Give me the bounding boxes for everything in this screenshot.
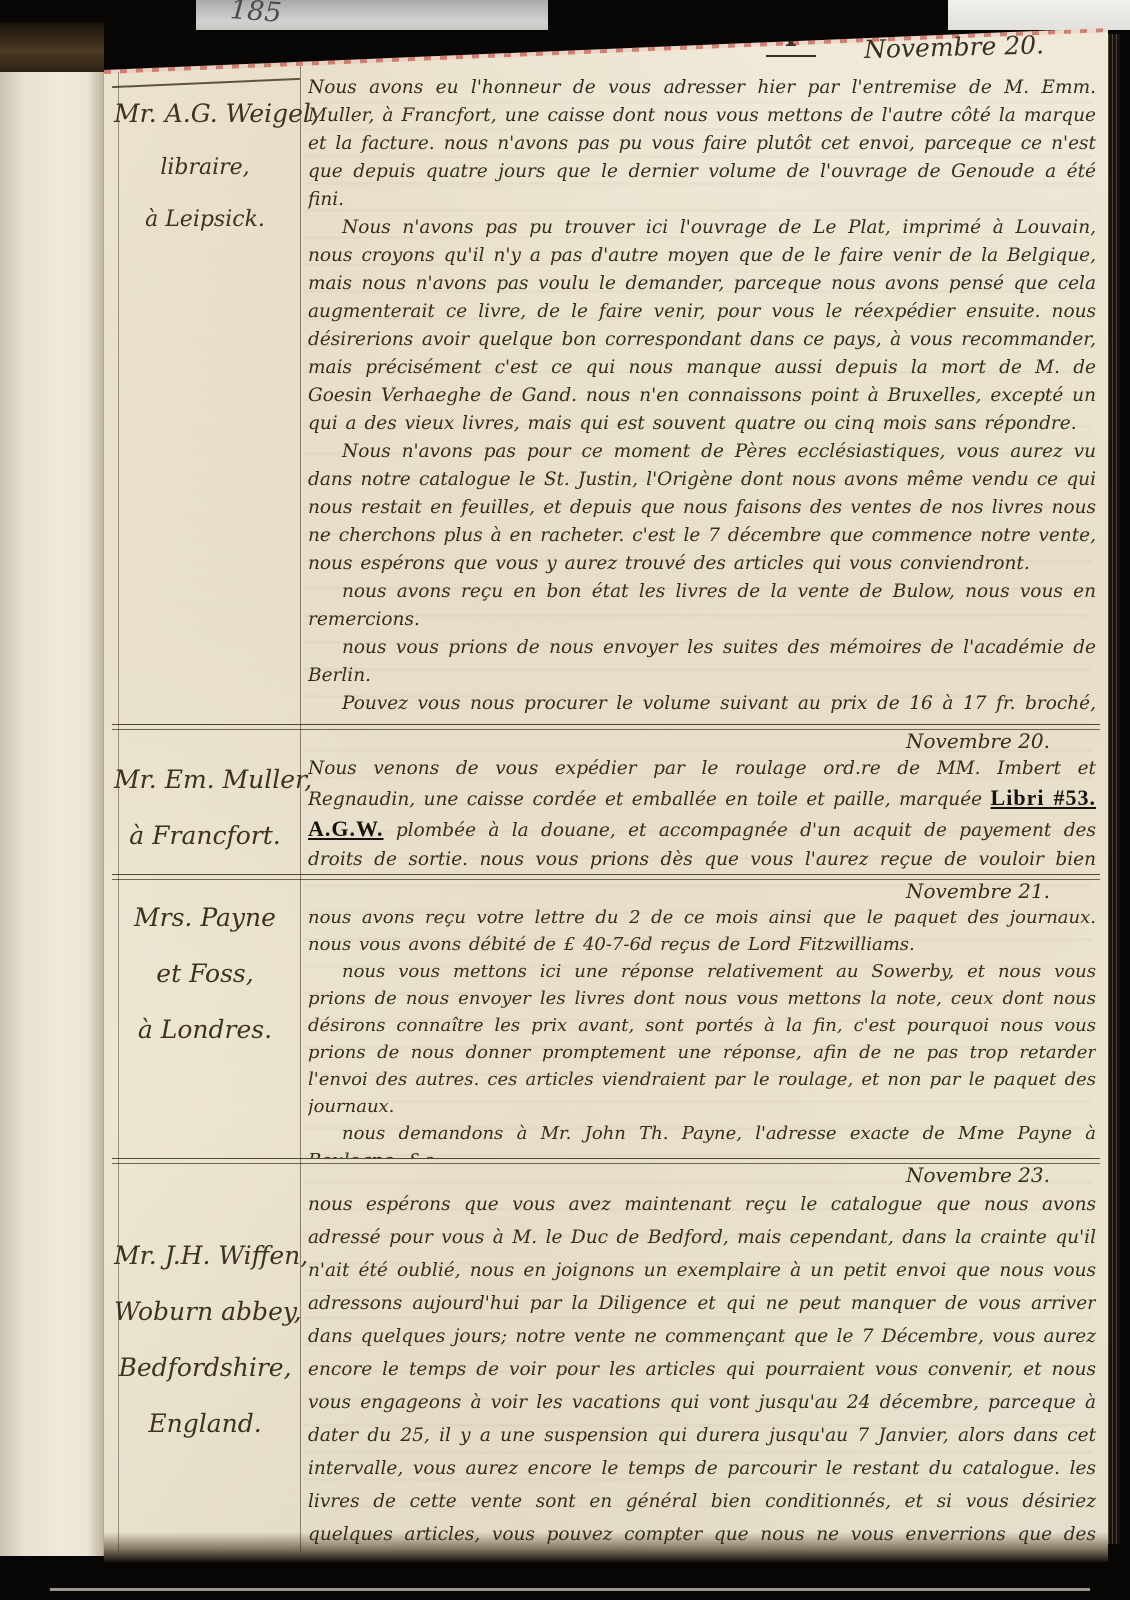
entry-date: Novembre 20. — [308, 728, 1096, 754]
page-block-edges — [1108, 34, 1120, 1544]
entry-date: Novembre 23. — [308, 1162, 1096, 1188]
letter-paragraph: Pouvez vous nous procurer le volume suiv… — [308, 690, 1096, 722]
page-number: I — [766, 22, 816, 57]
correspondent-name: Mr. Em. Muller, à Francfort. — [114, 752, 296, 864]
folio-number: 185 — [229, 0, 283, 29]
page-bottom-shadow — [104, 1532, 1108, 1562]
letter-paragraph: nous demandons à Mr. John Th. Payne, l'a… — [308, 1120, 1096, 1158]
letter-paragraph: Nous n'avons pas pu trouver ici l'ouvrag… — [308, 214, 1096, 438]
letter-body: Novembre 21. nous avons reçu votre lettr… — [308, 878, 1096, 1158]
letter-paragraph: Nous n'avons pas pour ce moment de Pères… — [308, 438, 1096, 578]
letter-paragraph: nous avons reçu en bon état les livres d… — [308, 578, 1096, 634]
book-bottom-edge — [50, 1588, 1090, 1591]
correspondent-name: Mrs. Payne et Foss, à Londres. — [114, 890, 296, 1058]
letter-paragraph: nous vous mettons ici une réponse relati… — [308, 958, 1096, 1120]
letter-paragraph: nous vous prions de nous envoyer les sui… — [308, 634, 1096, 690]
letter-paragraph: Nous venons de vous expédier par le roul… — [308, 754, 1096, 874]
margin-rule-column — [300, 66, 301, 1552]
letter-paragraph: nous espérons que vous avez maintenant r… — [308, 1188, 1096, 1558]
paper-tab-right — [948, 0, 1130, 30]
letter-paragraph: Nous avons eu l'honneur de vous adresser… — [308, 74, 1096, 214]
entry-date: Novembre 21. — [308, 878, 1096, 904]
correspondent-name: Mr. A.G. Weigel, libraire, à Leipsick. — [114, 86, 296, 246]
entry-date: Novembre 20. — [864, 29, 1095, 64]
correspondent-name: Mr. J.H. Wiffen, Woburn abbey, Bedfordsh… — [114, 1228, 296, 1452]
manuscript-page: Novembre 1835 I Novembre 20. Mr. A.G. We… — [104, 28, 1108, 1562]
letter-body: Novembre 23. nous espérons que vous avez… — [308, 1162, 1096, 1558]
facing-page-edge — [0, 72, 106, 1556]
letter-body: Nous avons eu l'honneur de vous adresser… — [308, 74, 1096, 722]
book-binding-top — [0, 22, 104, 74]
letter-body: Novembre 20. Nous venons de vous expédie… — [308, 728, 1096, 874]
letter-paragraph: nous avons reçu votre lettre du 2 de ce … — [308, 904, 1096, 958]
